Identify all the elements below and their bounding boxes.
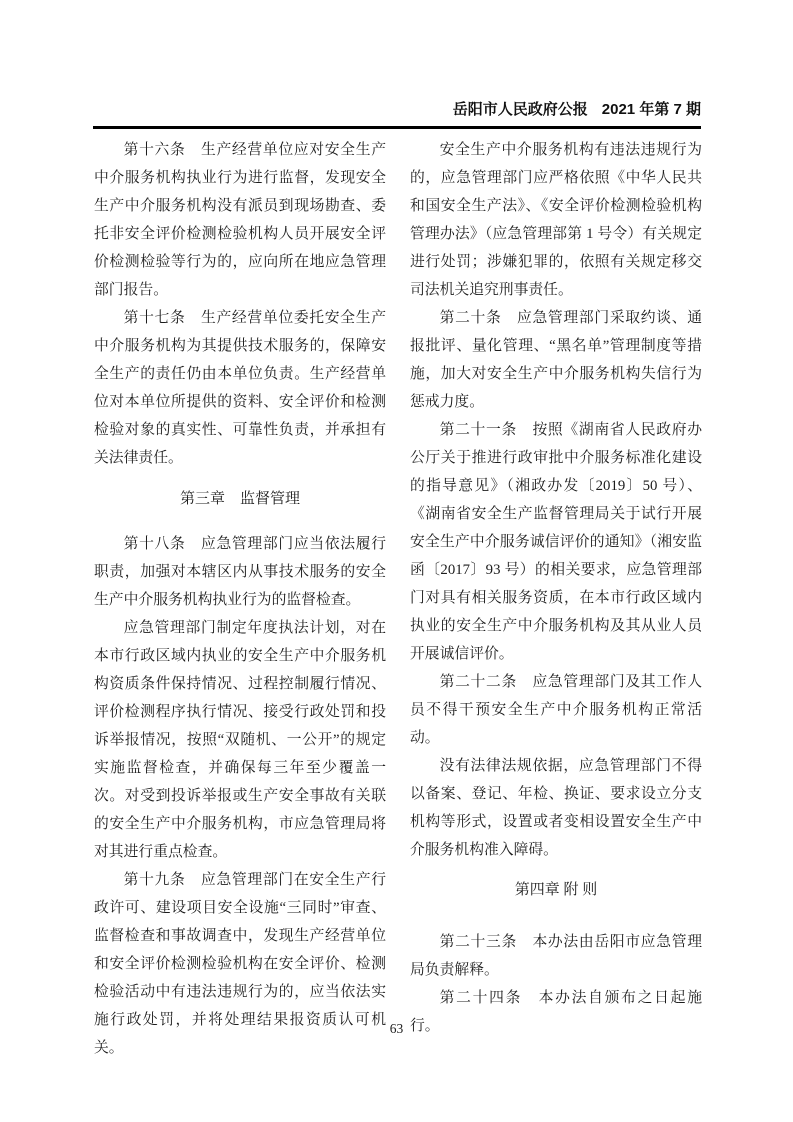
- body-paragraph: 应急管理部门制定年度执法计划，对在本市行政区域内执业的安全生产中介服务机构资质条…: [94, 614, 386, 866]
- body-paragraph: 安全生产中介服务机构有违法违规行为的，应急管理部门应严格依照《中华人民共和国安全…: [410, 136, 702, 304]
- chapter-heading: 第三章 监督管理: [94, 485, 386, 513]
- body-paragraph: 第二十一条 按照《湖南省人民政府办公厅关于推进行政审批中介服务标准化建设的指导意…: [410, 416, 702, 668]
- body-paragraph: 第二十三条 本办法由岳阳市应急管理局负责解释。: [410, 928, 702, 984]
- chapter-heading: 第四章 附 则: [410, 876, 702, 904]
- body-paragraph: 第十六条 生产经营单位应对安全生产中介服务机构执业行为进行监督，发现安全生产中介…: [94, 136, 386, 304]
- right-column: 安全生产中介服务机构有违法违规行为的，应急管理部门应严格依照《中华人民共和国安全…: [410, 136, 702, 1062]
- body-paragraph: 第二十二条 应急管理部门及其工作人员不得干预安全生产中介服务机构正常活动。: [410, 668, 702, 752]
- issue-label: 2021 年第 7 期: [602, 101, 701, 118]
- body-paragraph: 没有法律法规依据，应急管理部门不得以备案、登记、年检、换证、要求设立分支机构等形…: [410, 752, 702, 864]
- running-header: 岳阳市人民政府公报2021 年第 7 期: [94, 100, 701, 120]
- header-rule: [93, 126, 701, 129]
- text-columns: 第十六条 生产经营单位应对安全生产中介服务机构执业行为进行监督，发现安全生产中介…: [94, 136, 702, 1062]
- page-number: 63: [0, 1020, 793, 1038]
- publication-title: 岳阳市人民政府公报: [453, 101, 588, 118]
- body-paragraph: 第十八条 应急管理部门应当依法履行职责，加强对本辖区内从事技术服务的安全生产中介…: [94, 530, 386, 614]
- body-paragraph: 第二十条 应急管理部门采取约谈、通报批评、量化管理、“黑名单”管理制度等措施，加…: [410, 304, 702, 416]
- gazette-page: 岳阳市人民政府公报2021 年第 7 期 第十六条 生产经营单位应对安全生产中介…: [0, 0, 793, 1122]
- body-paragraph: 第十七条 生产经营单位委托安全生产中介服务机构为其提供技术服务的，保障安全生产的…: [94, 304, 386, 472]
- left-column: 第十六条 生产经营单位应对安全生产中介服务机构执业行为进行监督，发现安全生产中介…: [94, 136, 386, 1062]
